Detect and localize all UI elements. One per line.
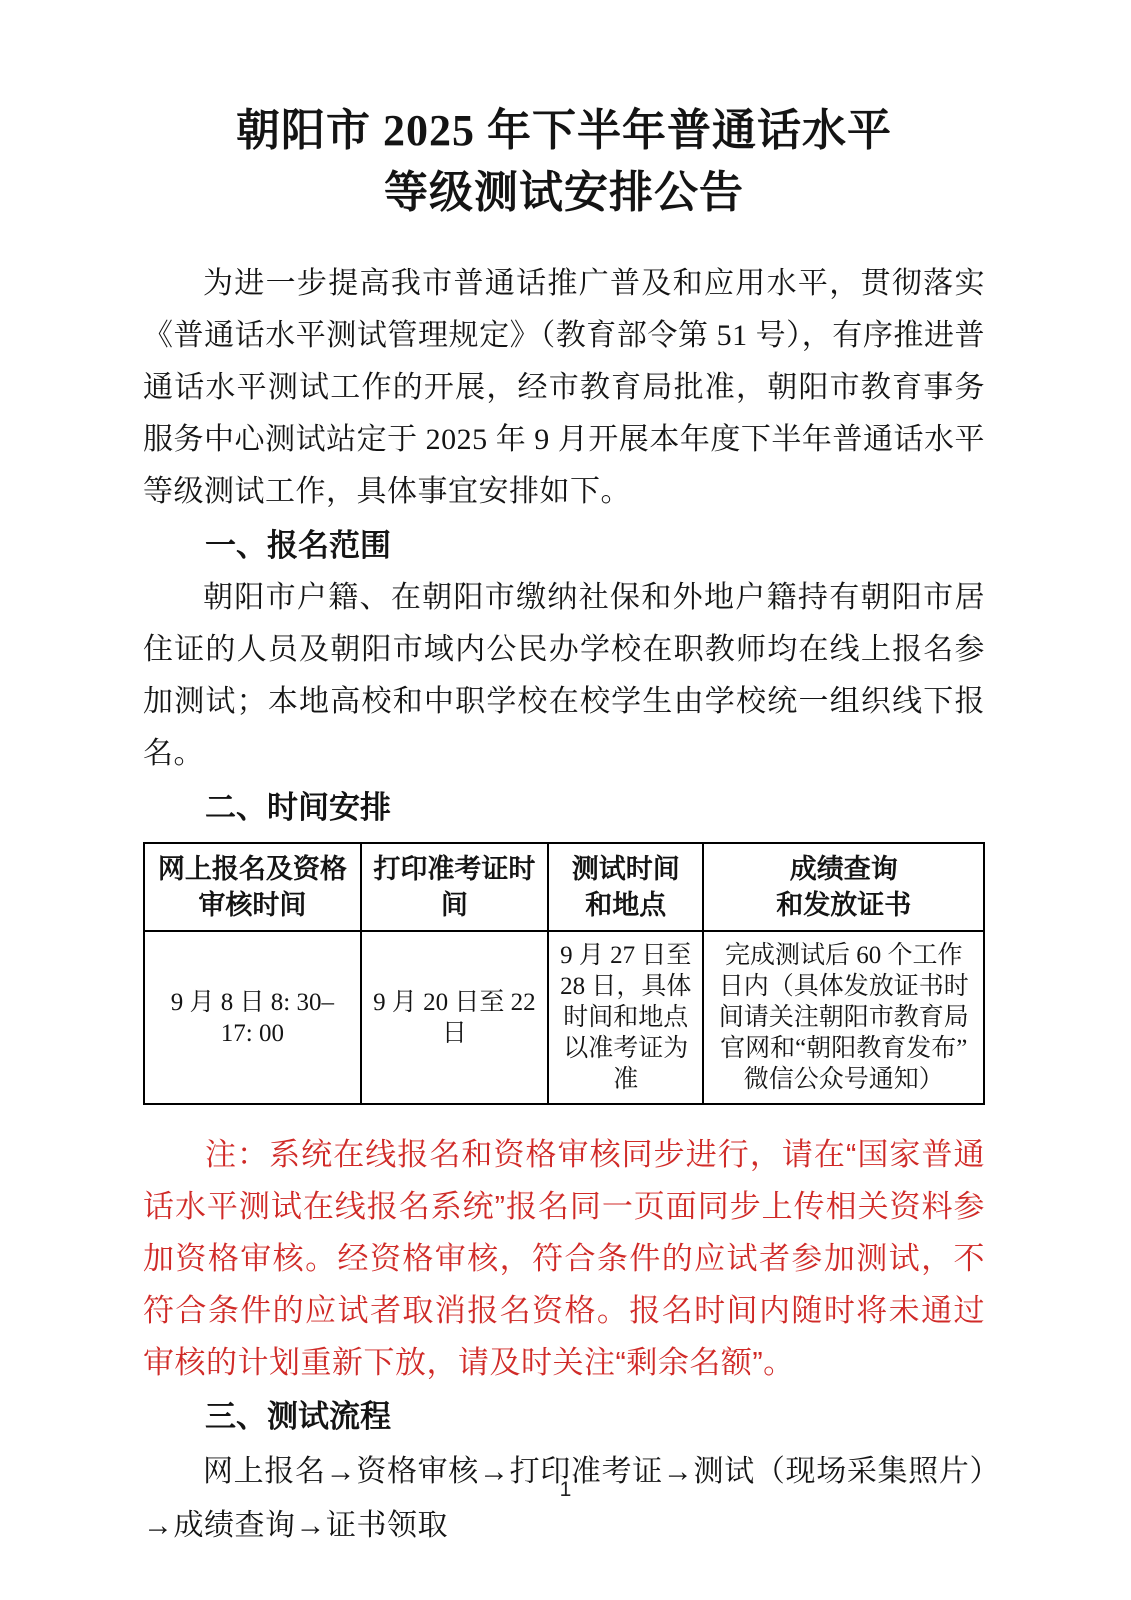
header-cell-print-admission-ticket-time: 打印准考证时间 bbox=[361, 843, 548, 931]
header-text: 审核时间 bbox=[151, 887, 354, 923]
header-cell-test-time-location: 测试时间 和地点 bbox=[548, 843, 703, 931]
note-paragraph: 注：系统在线报名和资格审核同步进行，请在“国家普通话水平测试在线报名系统”报名同… bbox=[143, 1129, 985, 1389]
section-heading-schedule: 二、时间安排 bbox=[143, 782, 985, 834]
document-title: 朝阳市 2025 年下半年普通话水平 等级测试安排公告 bbox=[143, 100, 985, 224]
cell-test-time-location: 9 月 27 日至 28 日，具体时间和地点以准考证为准 bbox=[548, 931, 703, 1104]
table-data-row: 9 月 8 日 8: 30–17: 00 9 月 20 日至 22 日 9 月 … bbox=[144, 931, 984, 1104]
header-text: 成绩查询 bbox=[710, 851, 977, 887]
intro-paragraph: 为进一步提高我市普通话推广普及和应用水平，贯彻落实《普通话水平测试管理规定》（教… bbox=[143, 258, 985, 518]
header-cell-score-certificate: 成绩查询 和发放证书 bbox=[703, 843, 984, 931]
header-cell-online-registration-time: 网上报名及资格 审核时间 bbox=[144, 843, 361, 931]
schedule-table: 网上报名及资格 审核时间 打印准考证时间 测试时间 和地点 成绩查询 和发放证书 bbox=[143, 842, 985, 1105]
document-page: 朝阳市 2025 年下半年普通话水平 等级测试安排公告 为进一步提高我市普通话推… bbox=[0, 0, 1131, 1600]
header-text: 测试时间 bbox=[555, 851, 696, 887]
section-heading-registration-scope: 一、报名范围 bbox=[143, 520, 985, 572]
title-line-2: 等级测试安排公告 bbox=[143, 162, 985, 224]
header-text: 和地点 bbox=[555, 887, 696, 923]
cell-registration-time: 9 月 8 日 8: 30–17: 00 bbox=[144, 931, 361, 1104]
table-header-row: 网上报名及资格 审核时间 打印准考证时间 测试时间 和地点 成绩查询 和发放证书 bbox=[144, 843, 984, 931]
section-heading-test-process: 三、测试流程 bbox=[143, 1391, 985, 1443]
cell-print-ticket-time: 9 月 20 日至 22 日 bbox=[361, 931, 548, 1104]
title-line-1: 朝阳市 2025 年下半年普通话水平 bbox=[143, 100, 985, 162]
registration-scope-paragraph: 朝阳市户籍、在朝阳市缴纳社保和外地户籍持有朝阳市居住证的人员及朝阳市域内公民办学… bbox=[143, 572, 985, 780]
cell-score-certificate: 完成测试后 60 个工作日内（具体发放证书时间请关注朝阳市教育局官网和“朝阳教育… bbox=[703, 931, 984, 1104]
page-number: 1 bbox=[0, 1478, 1131, 1502]
header-text: 网上报名及资格 bbox=[151, 851, 354, 887]
header-text: 和发放证书 bbox=[710, 887, 977, 923]
header-text: 打印准考证时间 bbox=[368, 851, 541, 923]
